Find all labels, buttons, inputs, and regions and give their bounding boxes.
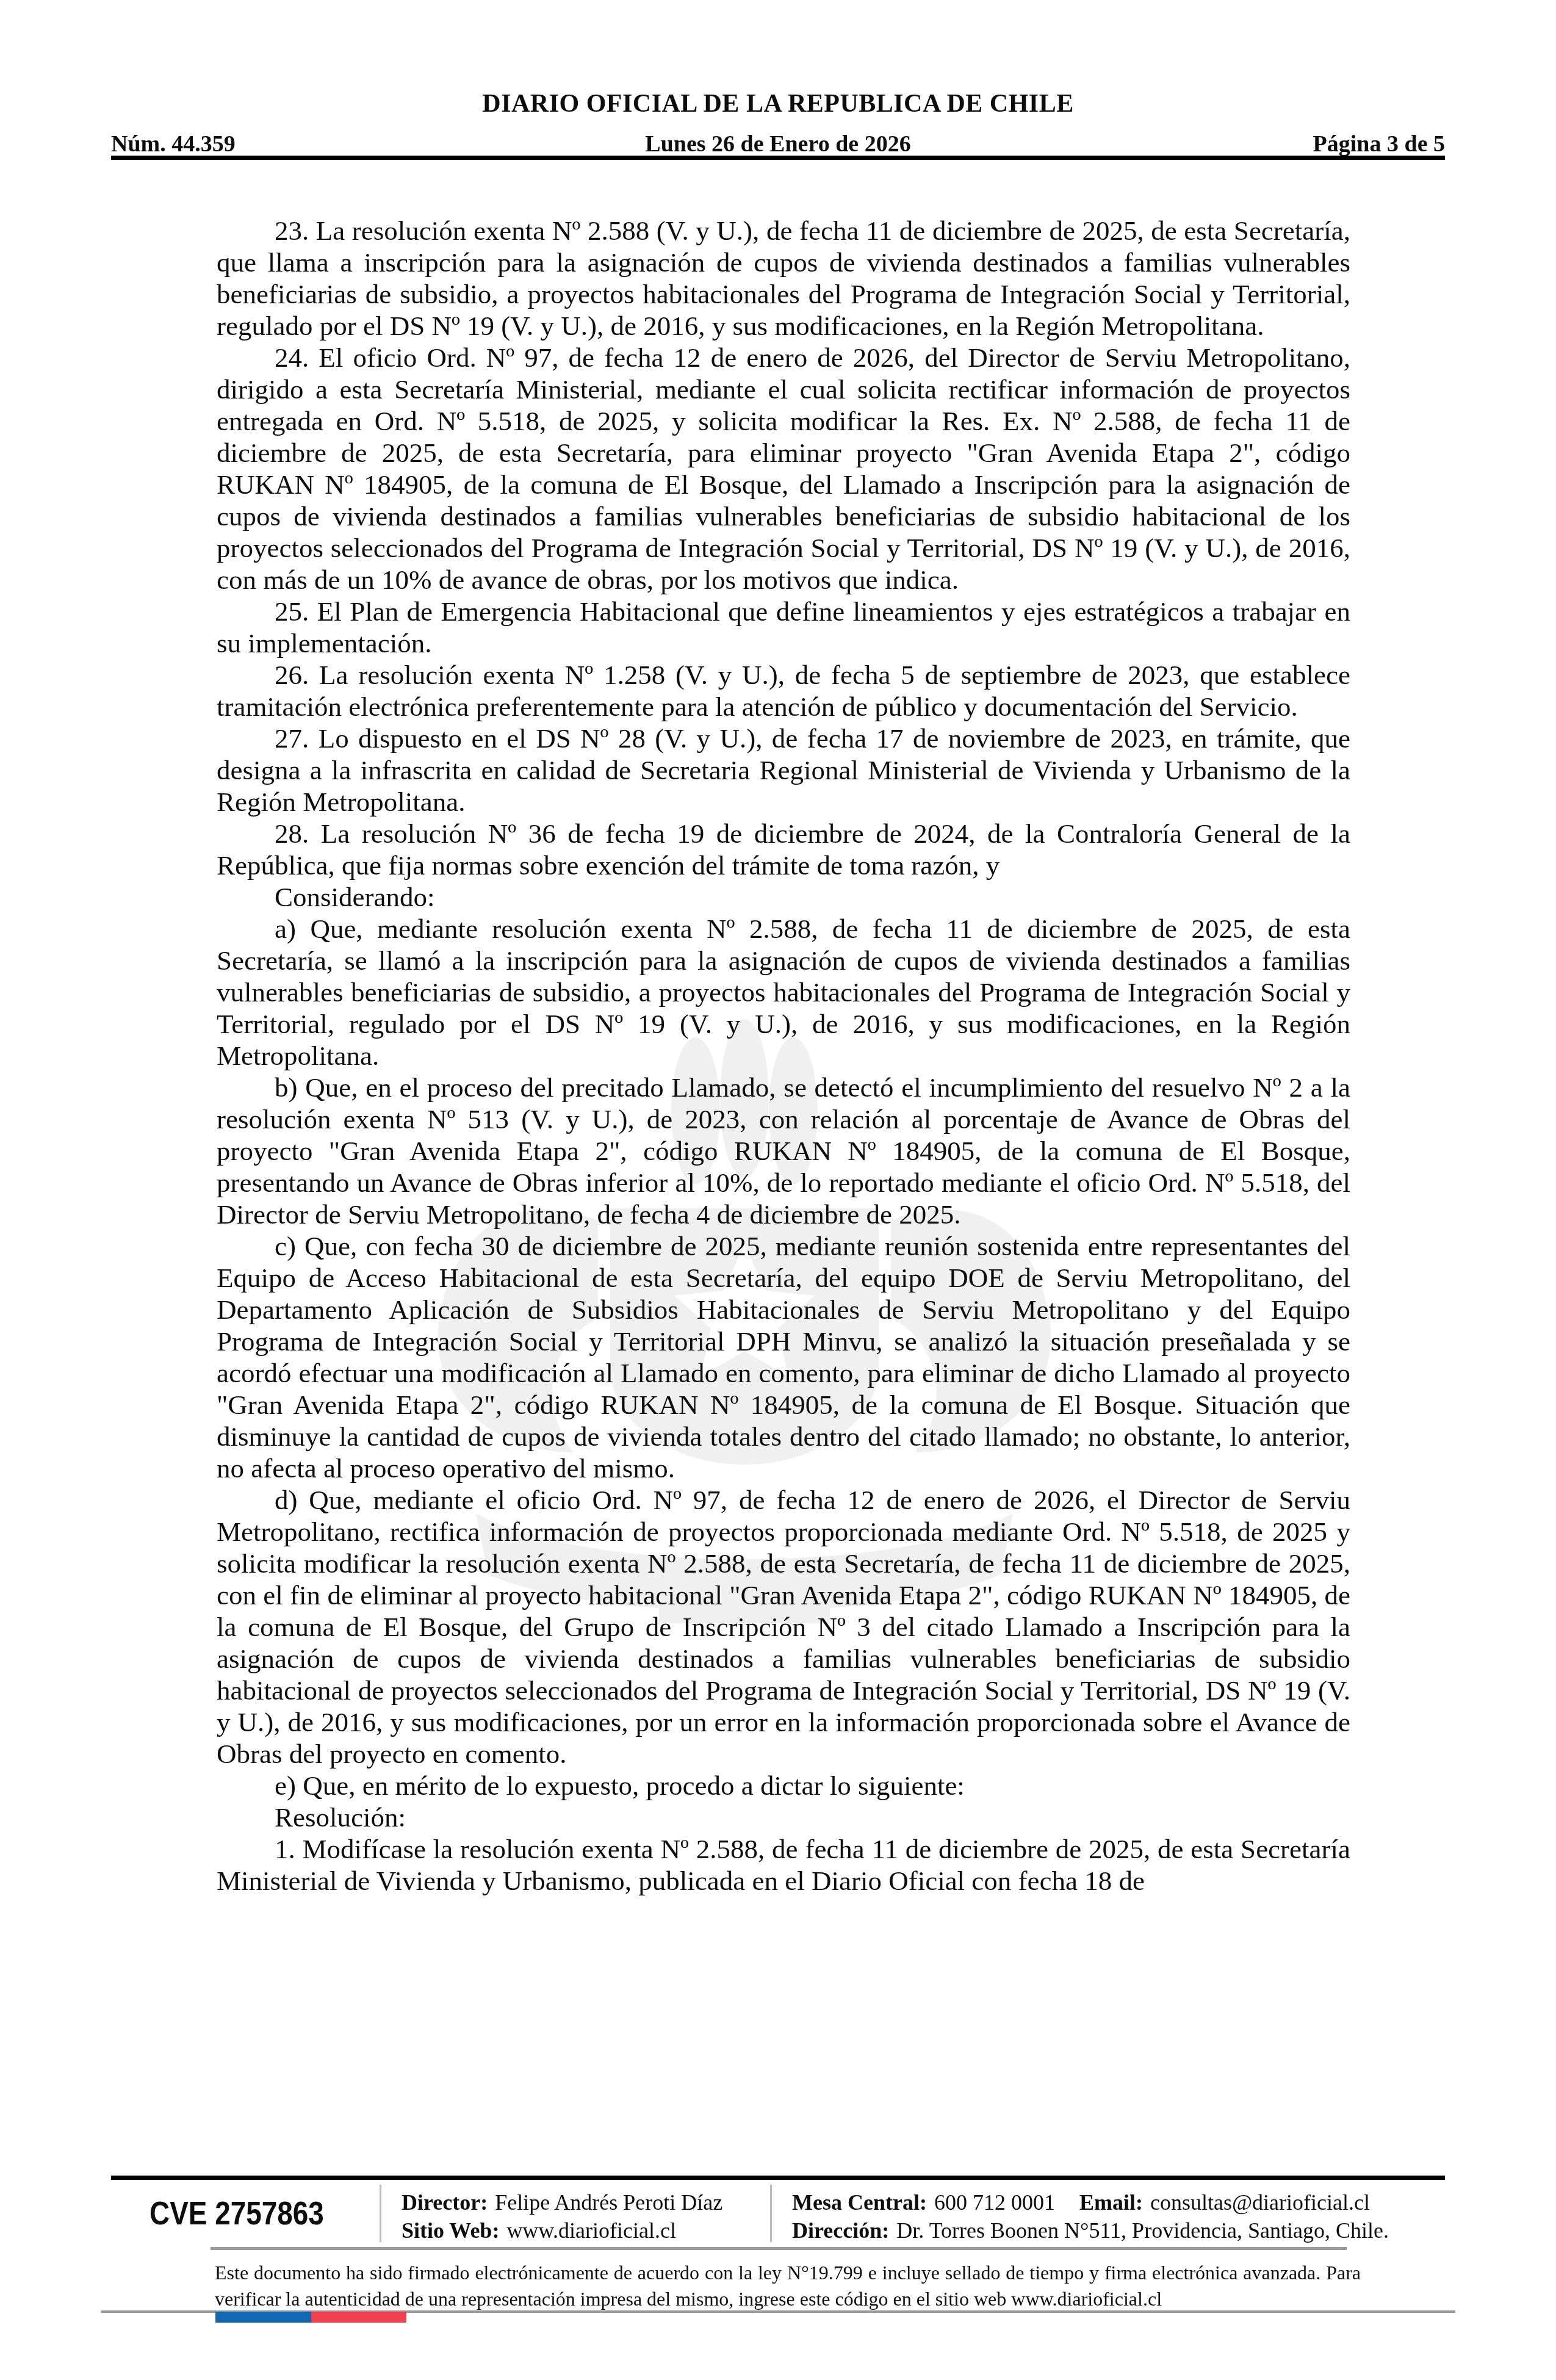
considerando-heading: Considerando: (217, 881, 1350, 913)
direccion-value: Dr. Torres Boonen N°511, Providencia, Sa… (896, 2218, 1389, 2243)
sitio-web-value: www.diarioficial.cl (506, 2218, 676, 2243)
paragraph-24: 24. El oficio Ord. Nº 97, de fecha 12 de… (217, 342, 1350, 596)
direccion-label: Dirección: (792, 2218, 889, 2243)
legal-notice: Este documento ha sido firmado electróni… (215, 2260, 1361, 2312)
email-label: Email: (1079, 2190, 1143, 2215)
resolucion-heading: Resolución: (217, 1801, 1350, 1833)
document-body: 23. La resolución exenta Nº 2.588 (V. y … (217, 215, 1350, 1897)
director-value: Felipe Andrés Peroti Díaz (495, 2190, 722, 2215)
consideration-d: d) Que, mediante el oficio Ord. Nº 97, d… (217, 1484, 1350, 1770)
paragraph-27: 27. Lo dispuesto en el DS Nº 28 (V. y U.… (217, 723, 1350, 818)
mesa-central-label: Mesa Central: (792, 2190, 927, 2215)
footer-rule (111, 2176, 1445, 2180)
consideration-e: e) Que, en mérito de lo expuesto, proced… (217, 1770, 1350, 1801)
sitio-web-line: Sitio Web:www.diarioficial.cl (402, 2216, 722, 2245)
sitio-web-label: Sitio Web: (402, 2218, 499, 2243)
chile-flag-badge-blue (215, 2312, 311, 2323)
footer-divider-1 (380, 2185, 381, 2242)
footer-contact-block: Mesa Central:600 712 0001Email:consultas… (792, 2188, 1389, 2245)
email-value: consultas@diarioficial.cl (1150, 2190, 1370, 2215)
paragraph-23: 23. La resolución exenta Nº 2.588 (V. y … (217, 215, 1350, 342)
consideration-b: b) Que, en el proceso del precitado Llam… (217, 1072, 1350, 1230)
director-label: Director: (402, 2190, 488, 2215)
paragraph-25: 25. El Plan de Emergencia Habitacional q… (217, 596, 1350, 659)
direccion-line: Dirección:Dr. Torres Boonen N°511, Provi… (792, 2216, 1389, 2245)
document-page: DIARIO OFICIAL DE LA REPUBLICA DE CHILE … (0, 0, 1556, 2380)
chile-flag-badge-red (311, 2312, 406, 2323)
paragraph-26: 26. La resolución exenta Nº 1.258 (V. y … (217, 659, 1350, 723)
resolution-item-1: 1. Modifícase la resolución exenta Nº 2.… (217, 1833, 1350, 1897)
mesa-central-value: 600 712 0001 (934, 2190, 1055, 2215)
masthead-title: DIARIO OFICIAL DE LA REPUBLICA DE CHILE (0, 89, 1556, 118)
footer-divider-2 (770, 2185, 772, 2242)
footer-gray-rule (211, 2247, 1347, 2250)
mesa-email-line: Mesa Central:600 712 0001Email:consultas… (792, 2188, 1389, 2216)
footer-director-block: Director:Felipe Andrés Peroti Díaz Sitio… (402, 2188, 722, 2245)
consideration-a: a) Que, mediante resolución exenta Nº 2.… (217, 913, 1350, 1072)
paragraph-28: 28. La resolución Nº 36 de fecha 19 de d… (217, 818, 1350, 881)
header-rule (111, 156, 1445, 160)
cve-code: CVE 2757863 (149, 2194, 324, 2232)
director-line: Director:Felipe Andrés Peroti Díaz (402, 2188, 722, 2216)
consideration-c: c) Que, con fecha 30 de diciembre de 202… (217, 1230, 1350, 1484)
page-indicator: Página 3 de 5 (1313, 131, 1445, 157)
